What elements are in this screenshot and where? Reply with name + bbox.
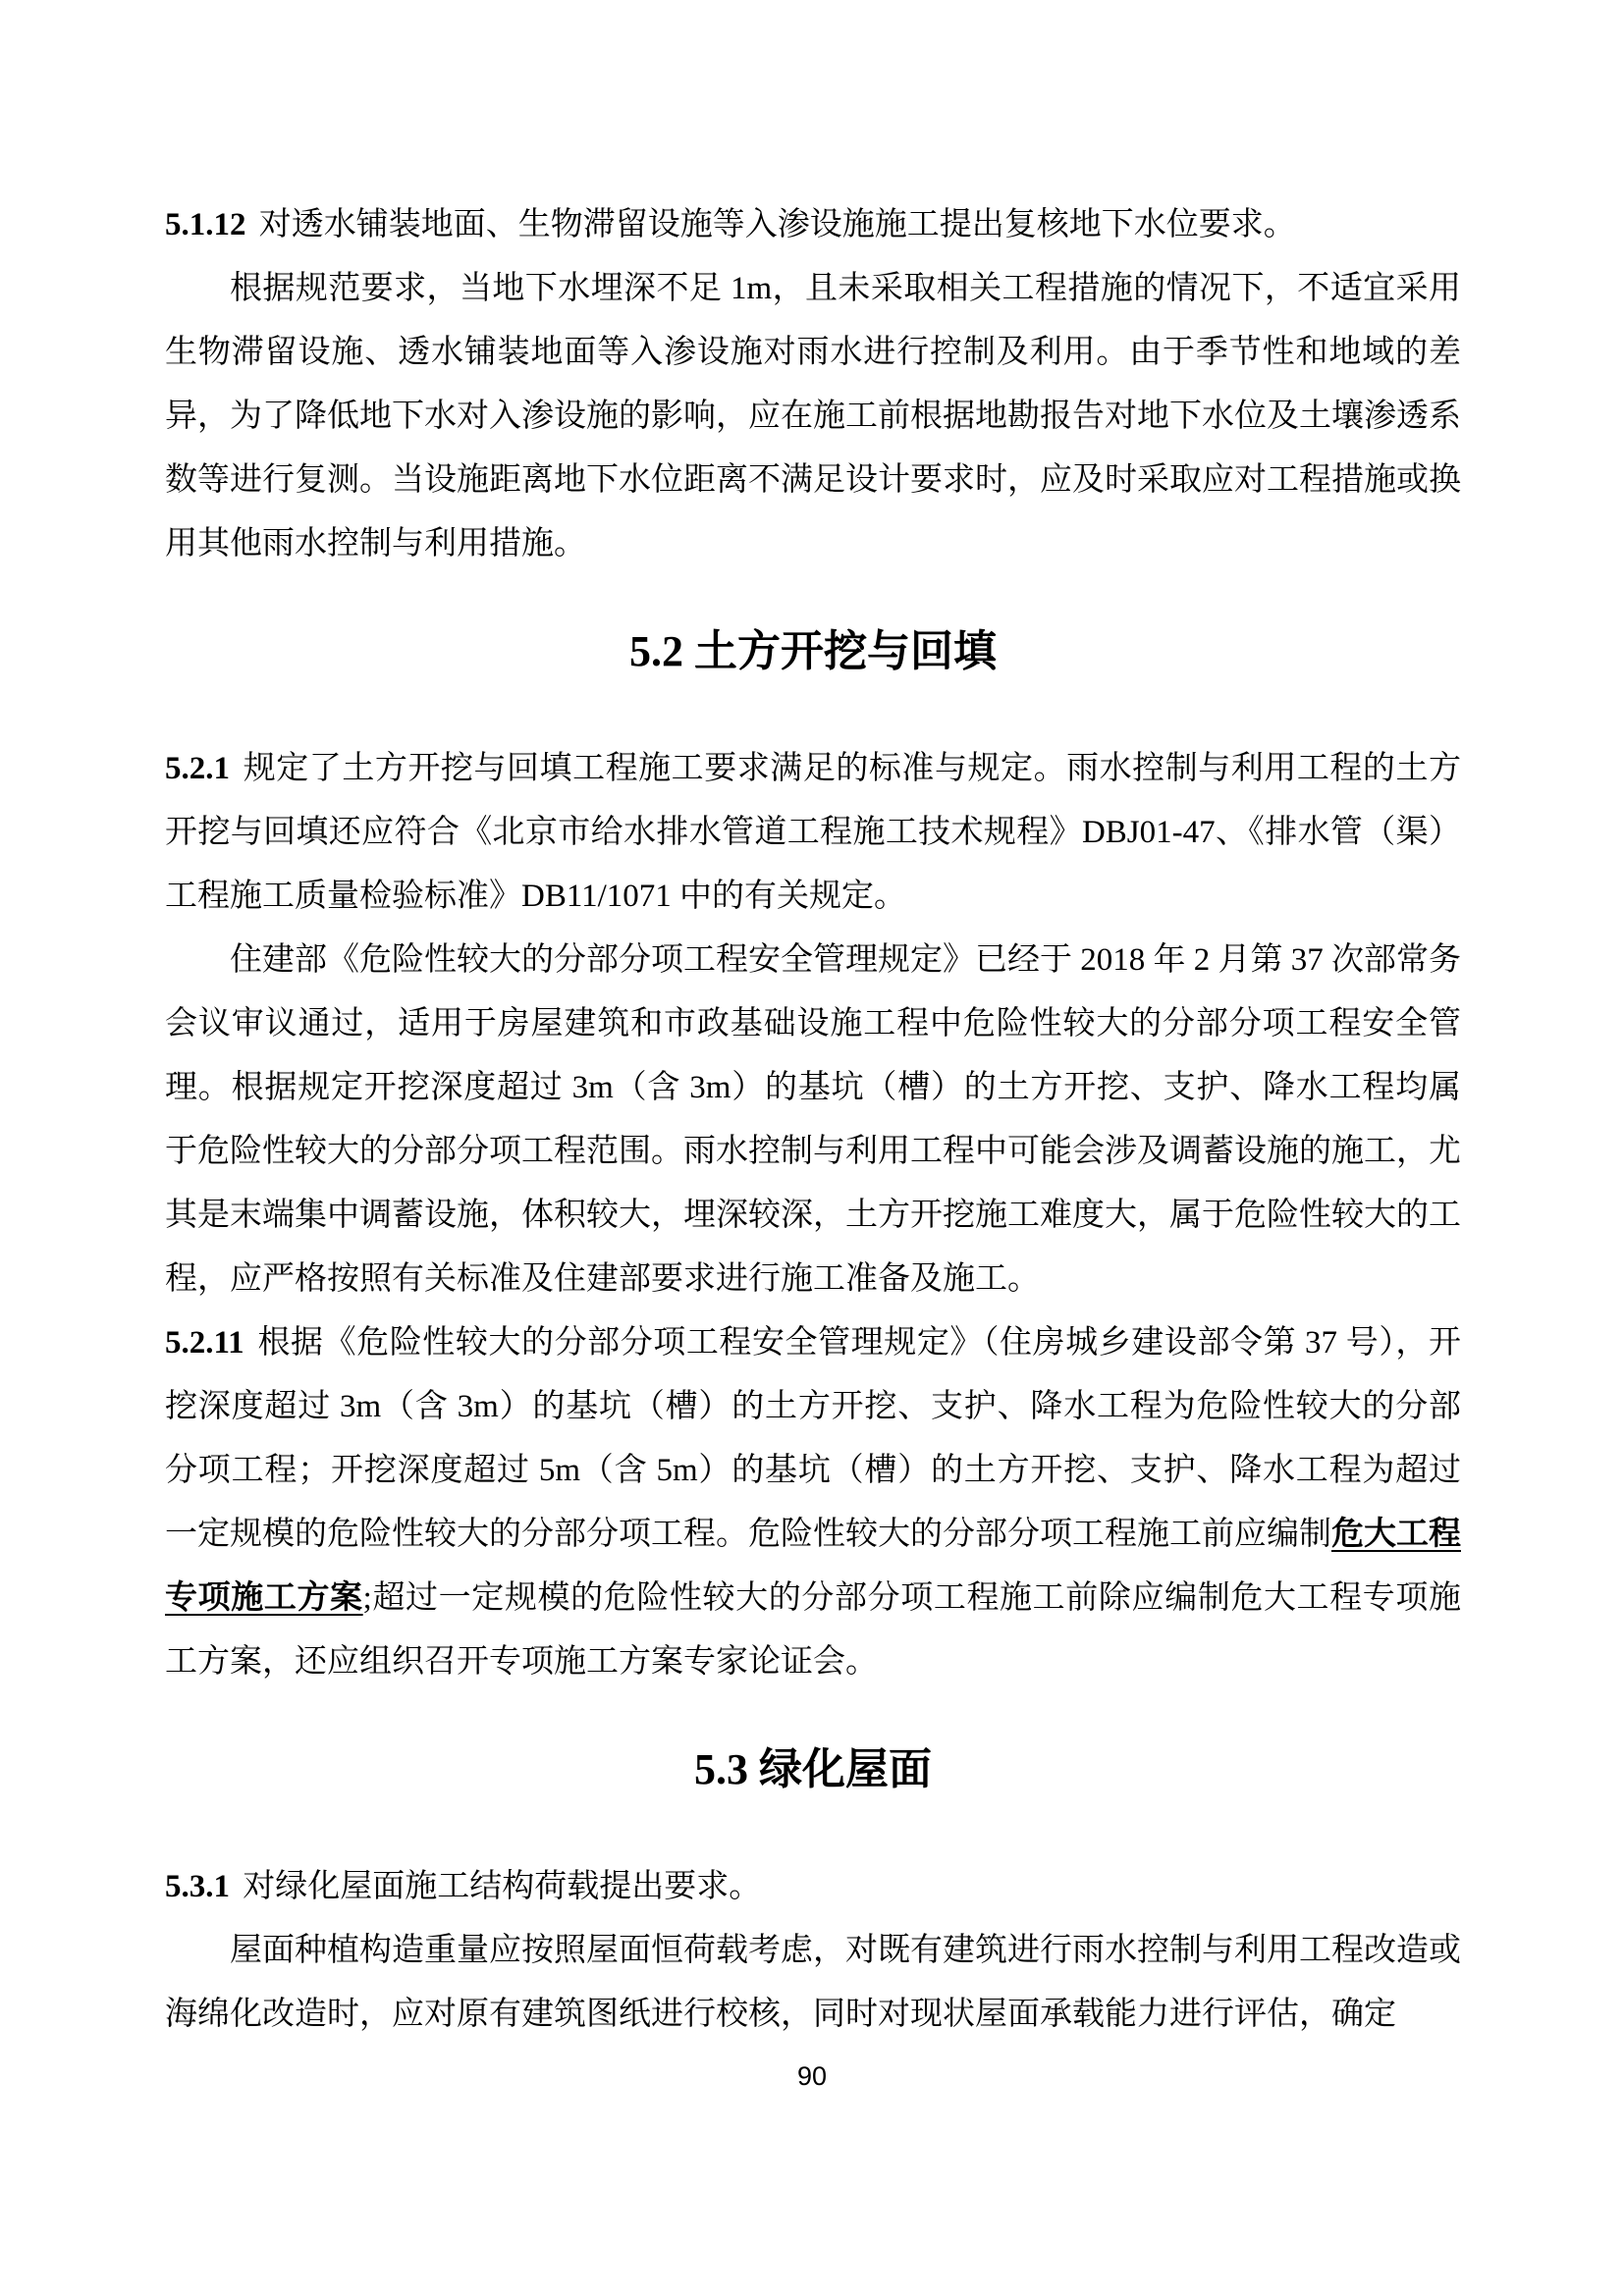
- section-heading-5-3: 5.3 绿化屋面: [165, 1735, 1461, 1804]
- clause-5-1-12-number: 5.1.12: [165, 207, 246, 242]
- clause-5-2-1-number: 5.2.1: [165, 751, 230, 786]
- clause-5-1-12: 5.1.12对透水铺装地面、生物滞留设施等入渗设施施工提出复核地下水位要求。: [165, 193, 1461, 257]
- document-page: 5.1.12对透水铺装地面、生物滞留设施等入渗设施施工提出复核地下水位要求。 根…: [0, 0, 1624, 2296]
- clause-5-2-11-text-before: 根据《危险性较大的分部分项工程安全管理规定》（住房城乡建设部令第 37 号），开…: [165, 1325, 1461, 1552]
- clause-5-2-1-text: 规定了土方开挖与回填工程施工要求满足的标准与规定。雨水控制与利用工程的土方开挖与…: [165, 751, 1461, 914]
- clause-5-2-11: 5.2.11根据《危险性较大的分部分项工程安全管理规定》（住房城乡建设部令第 3…: [165, 1311, 1461, 1694]
- clause-5-2-11-number: 5.2.11: [165, 1325, 244, 1361]
- paragraph-green-roof-load: 屋面种植构造重量应按照屋面恒荷载考虑，对既有建筑进行雨水控制与利用工程改造或海绵…: [165, 1919, 1461, 2047]
- paragraph-groundwater-explanation: 根据规范要求，当地下水埋深不足 1m，且未采取相关工程措施的情况下，不适宜采用生…: [165, 257, 1461, 576]
- section-heading-5-2: 5.2 土方开挖与回填: [165, 617, 1461, 686]
- clause-5-3-1-text: 对绿化屋面施工结构荷载提出要求。: [243, 1869, 761, 1904]
- clause-5-3-1-number: 5.3.1: [165, 1869, 230, 1904]
- clause-5-3-1: 5.3.1对绿化屋面施工结构荷载提出要求。: [165, 1855, 1461, 1919]
- clause-5-1-12-text: 对透水铺装地面、生物滞留设施等入渗设施施工提出复核地下水位要求。: [259, 207, 1296, 242]
- page-number: 90: [0, 2056, 1624, 2096]
- clause-5-2-1: 5.2.1规定了土方开挖与回填工程施工要求满足的标准与规定。雨水控制与利用工程的…: [165, 737, 1461, 929]
- paragraph-mohurd-regulation: 住建部《危险性较大的分部分项工程安全管理规定》已经于 2018 年 2 月第 3…: [165, 929, 1461, 1311]
